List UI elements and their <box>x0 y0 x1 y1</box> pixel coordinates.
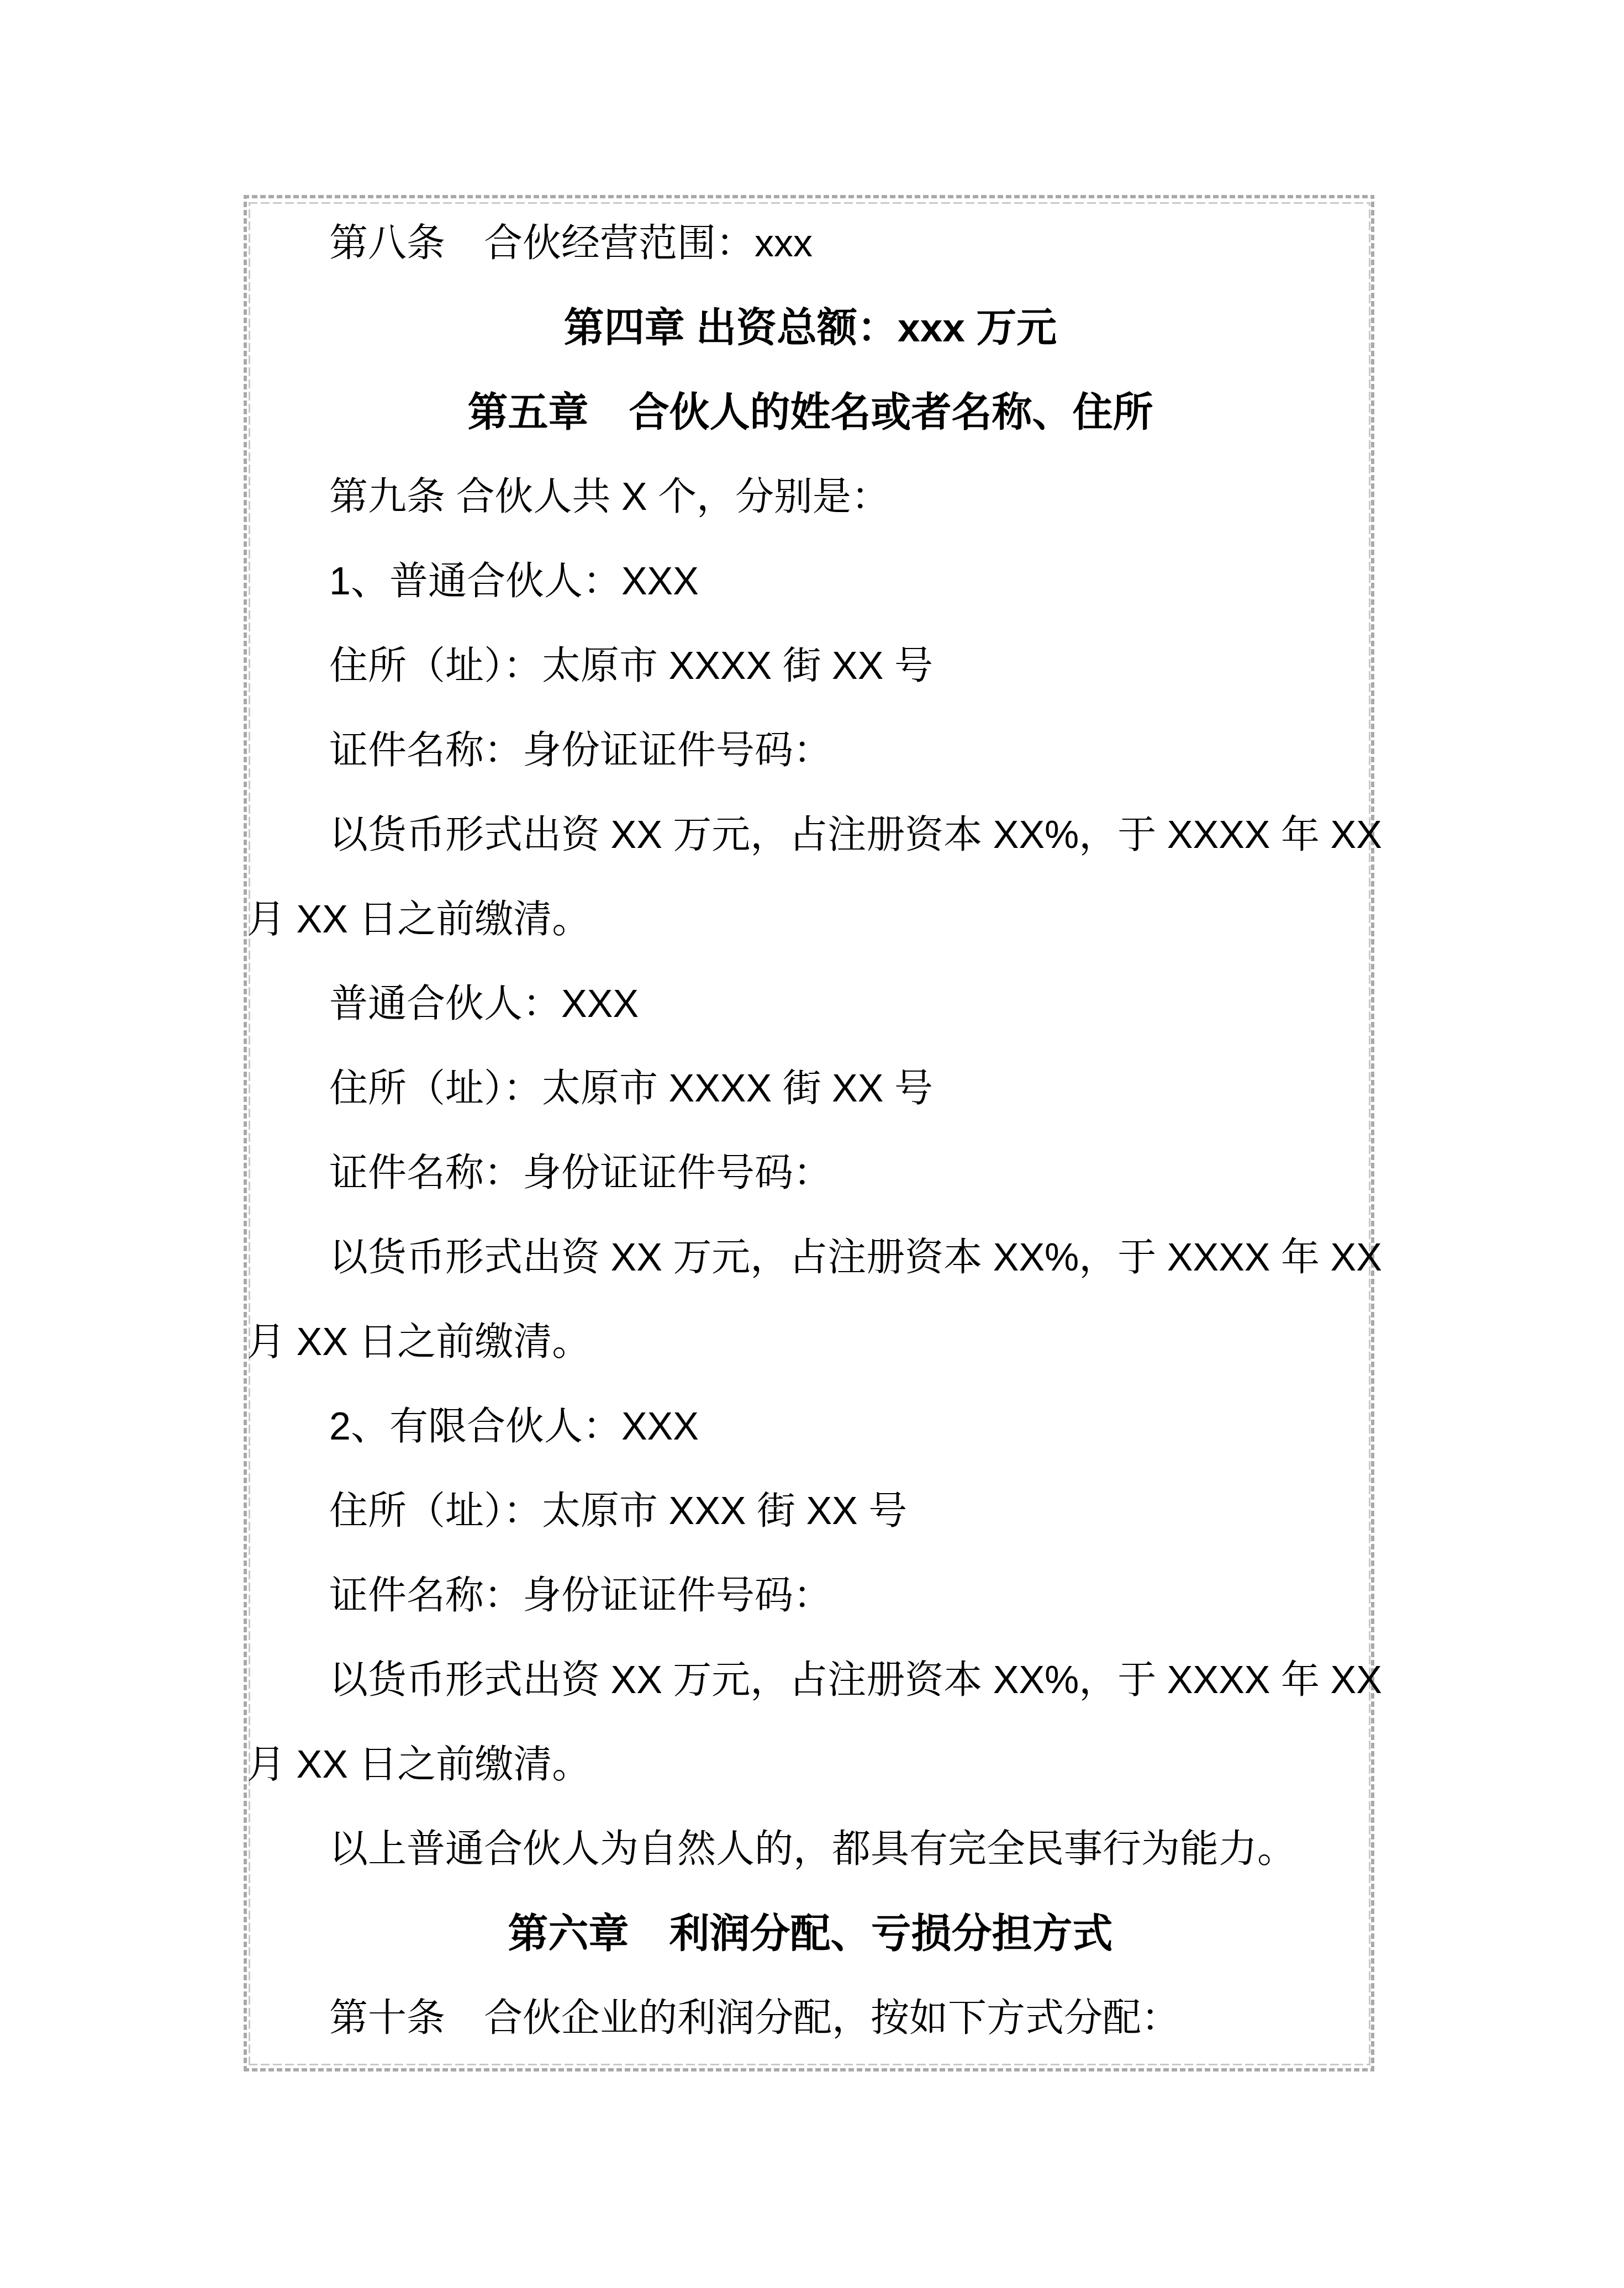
document-line: 以货币形式出资 XX 万元，占注册资本 XX%，于 XXXX 年 XX <box>247 793 1374 877</box>
chapter-heading: 第五章 合伙人的姓名或者名称、住所 <box>247 370 1374 455</box>
document-line: 以货币形式出资 XX 万元，占注册资本 XX%，于 XXXX 年 XX <box>247 1215 1374 1300</box>
document-line: 第十条 合伙企业的利润分配，按如下方式分配： <box>247 1976 1374 2060</box>
document-line: 月 XX 日之前缴清。 <box>247 877 1374 962</box>
document-line: 以货币形式出资 XX 万元，占注册资本 XX%，于 XXXX 年 XX <box>247 1638 1374 1722</box>
document-line: 以上普通合伙人为自然人的，都具有完全民事行为能力。 <box>247 1807 1374 1891</box>
document-text: 第八条 合伙经营范围：xxx第四章 出资总额：xxx 万元第五章 合伙人的姓名或… <box>247 201 1374 2060</box>
document-line: 第九条 合伙人共 X 个，分别是： <box>247 455 1374 539</box>
document-line: 住所（址）：太原市 XXXX 街 XX 号 <box>247 1046 1374 1131</box>
document-page: 第八条 合伙经营范围：xxx第四章 出资总额：xxx 万元第五章 合伙人的姓名或… <box>0 0 1624 2288</box>
chapter-heading: 第四章 出资总额：xxx 万元 <box>247 286 1374 370</box>
document-line: 1、普通合伙人：XXX <box>247 539 1374 624</box>
document-line: 证件名称：身份证证件号码： <box>247 708 1374 793</box>
document-line: 住所（址）：太原市 XXXX 街 XX 号 <box>247 624 1374 708</box>
document-line: 月 XX 日之前缴清。 <box>247 1722 1374 1807</box>
document-line: 第八条 合伙经营范围：xxx <box>247 201 1374 286</box>
document-line: 普通合伙人：XXX <box>247 962 1374 1046</box>
document-lines: 第八条 合伙经营范围：xxx第四章 出资总额：xxx 万元第五章 合伙人的姓名或… <box>247 201 1374 2060</box>
document-line: 证件名称：身份证证件号码： <box>247 1131 1374 1215</box>
chapter-heading: 第六章 利润分配、亏损分担方式 <box>247 1891 1374 1976</box>
document-line: 2、有限合伙人：XXX <box>247 1384 1374 1469</box>
document-line: 证件名称：身份证证件号码： <box>247 1553 1374 1638</box>
document-line: 月 XX 日之前缴清。 <box>247 1300 1374 1384</box>
document-line: 住所（址）：太原市 XXX 街 XX 号 <box>247 1469 1374 1553</box>
